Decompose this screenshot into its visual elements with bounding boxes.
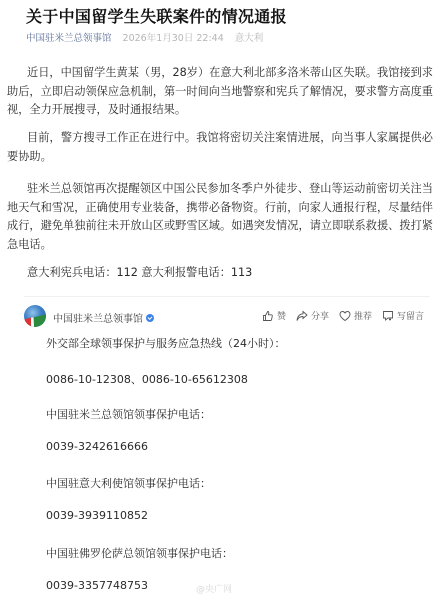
contact-label-mfa-hotline: 外交部全球领事保护与服务应急热线（24小时）：	[46, 335, 286, 351]
thumbs-up-icon	[262, 310, 274, 322]
like-label: 赞	[277, 309, 286, 322]
footer-account-name[interactable]: 中国驻米兰总领事馆	[53, 314, 143, 325]
share-button[interactable]: 分享	[296, 309, 329, 322]
avatar[interactable]	[24, 305, 46, 327]
contact-label-embassy-italy: 中国驻意大利使馆领事保护电话：	[46, 475, 211, 491]
article-footer-bar: 中国驻米兰总领事馆 赞 分享 推荐	[0, 301, 440, 331]
heart-icon	[339, 310, 351, 322]
comment-icon	[382, 310, 394, 322]
contact-number-mfa-hotline: 0086-10-12308、0086-10-65612308	[46, 371, 248, 387]
account-link[interactable]: 中国驻米兰总领事馆	[26, 33, 112, 44]
share-label: 分享	[311, 309, 329, 322]
article-meta: 中国驻米兰总领事馆 2026年1月30日 22:44 意大利	[26, 30, 263, 44]
contact-number-embassy-italy: 0039-3939110852	[46, 509, 148, 522]
verified-badge-icon	[146, 314, 154, 322]
paragraph-progress: 目前，警方搜寻工作正在进行中。我馆将密切关注案情进展，向当事人家属提供必要协助。	[7, 129, 433, 166]
comment-label: 写留言	[397, 309, 424, 322]
contact-label-milan: 中国驻米兰总领馆领事保护电话：	[46, 406, 211, 422]
paragraph-emergency-numbers: 意大利宪兵电话：112 意大利报警电话：113	[7, 264, 433, 283]
publish-date: 2026年1月30日 22:44	[123, 33, 224, 44]
action-bar: 赞 分享 推荐 写留言	[262, 309, 424, 322]
contact-label-florence: 中国驻佛罗伦萨总领馆领事保护电话：	[46, 545, 233, 561]
recommend-button[interactable]: 推荐	[339, 309, 372, 322]
share-icon	[296, 310, 308, 322]
comment-button[interactable]: 写留言	[382, 309, 424, 322]
recommend-label: 推荐	[354, 309, 372, 322]
contact-number-florence: 0039-3357748753	[46, 579, 148, 592]
publish-location: 意大利	[235, 33, 264, 44]
divider	[24, 296, 430, 297]
article-title: 关于中国留学生失联案件的情况通报	[26, 4, 287, 27]
contact-number-milan: 0039-3242616666	[46, 440, 148, 453]
paragraph-reminder: 驻米兰总领馆再次提醒领区中国公民参加冬季户外徒步、登山等运动前密切关注当地天气和…	[7, 180, 433, 254]
footer-account[interactable]: 中国驻米兰总领事馆	[53, 310, 154, 325]
watermark: @央广网	[196, 582, 232, 595]
paragraph-incident: 近日，中国留学生黄某（男，28岁）在意大利北部多洛米蒂山区失联。我馆接到求助后，…	[7, 64, 433, 120]
like-button[interactable]: 赞	[262, 309, 286, 322]
article-screenshot: 关于中国留学生失联案件的情况通报 中国驻米兰总领事馆 2026年1月30日 22…	[0, 0, 440, 600]
